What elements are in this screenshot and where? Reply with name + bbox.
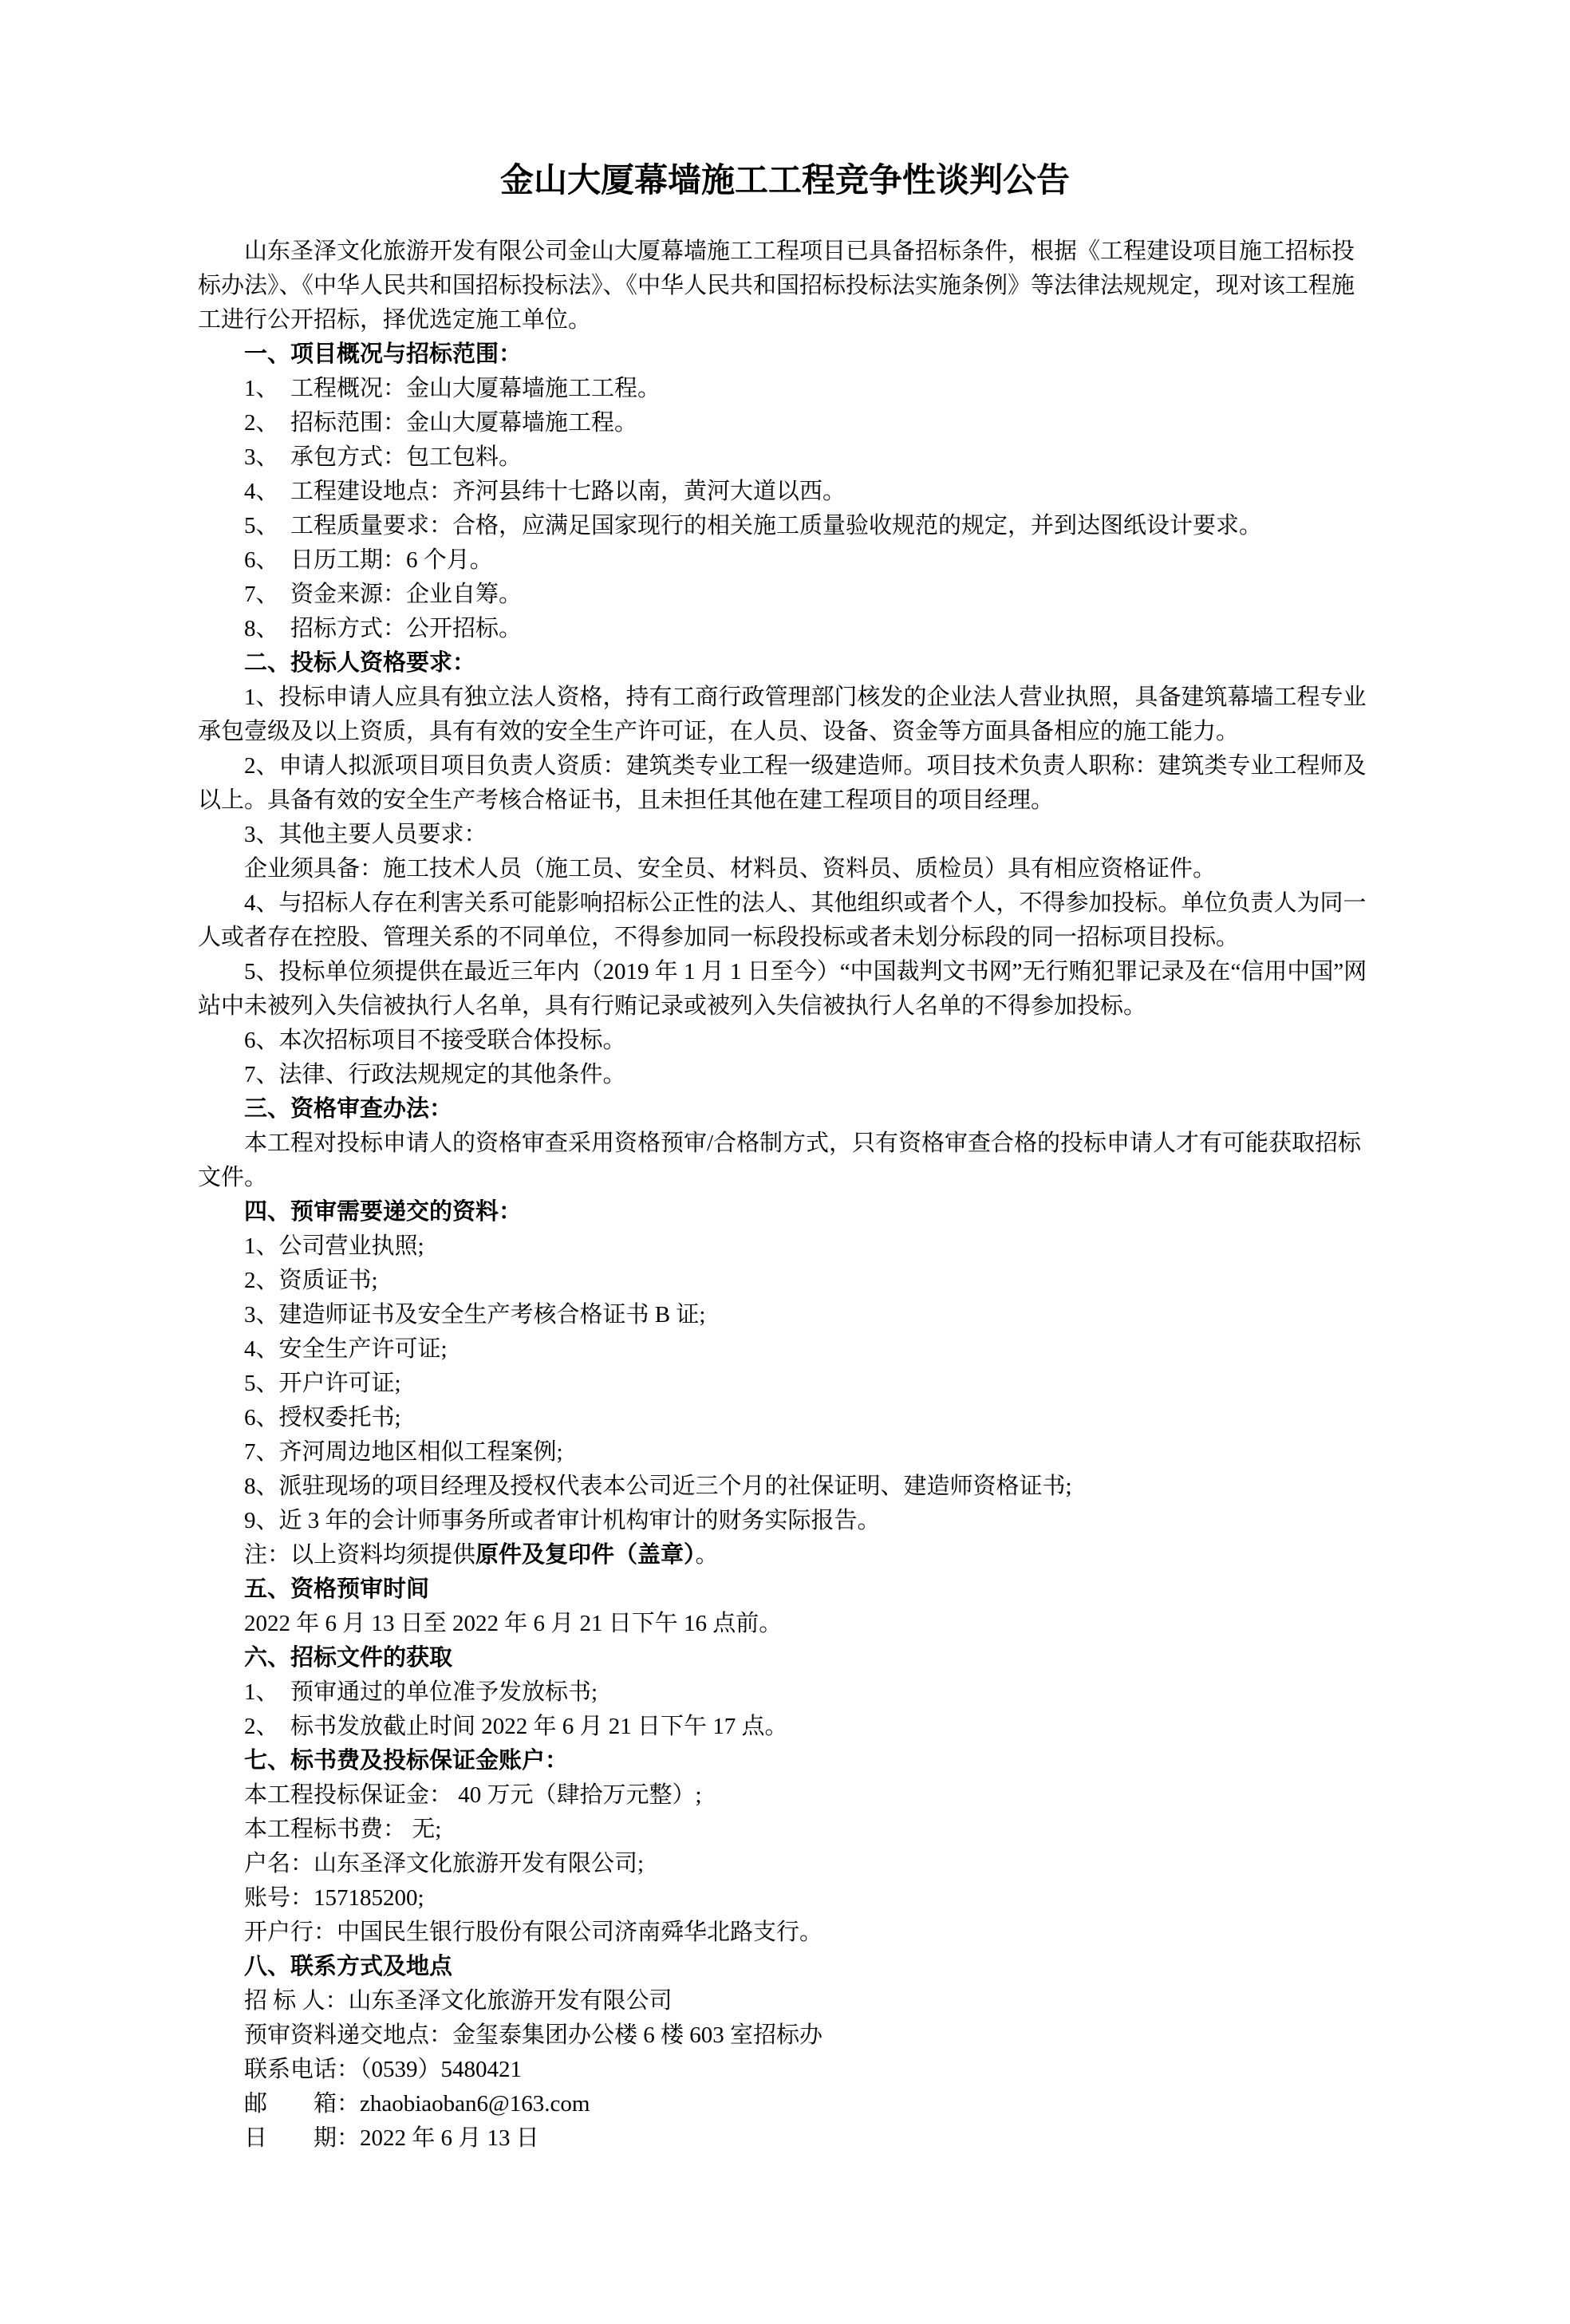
paragraph: 2、 招标范围：金山大厦幕墙施工程。 (198, 406, 1372, 440)
paragraph: 本工程对投标申请人的资格审查采用资格预审/合格制方式，只有资格审查合格的投标申请… (198, 1126, 1372, 1195)
paragraph: 2、资质证书; (198, 1264, 1372, 1298)
paragraph: 本工程标书费： 无; (198, 1813, 1372, 1847)
paragraph: 3、 承包方式：包工包料。 (198, 440, 1372, 475)
paragraph: 8、派驻现场的项目经理及授权代表本公司近三个月的社保证明、建造师资格证书; (198, 1470, 1372, 1504)
note-text: 注：以上资料均须提供 (244, 1542, 475, 1568)
intro-paragraph: 山东圣泽文化旅游开发有限公司金山大厦幕墙施工工程项目已具备招标条件，根据《工程建… (198, 235, 1372, 337)
section-heading: 四、预审需要递交的资料： (198, 1195, 1372, 1229)
paragraph: 3、其他主要人员要求： (198, 818, 1372, 852)
paragraph: 9、近 3 年的会计师事务所或者审计机构审计的财务实际报告。 (198, 1504, 1372, 1538)
paragraph: 2、 标书发放截止时间 2022 年 6 月 21 日下午 17 点。 (198, 1710, 1372, 1744)
paragraph: 4、与招标人存在利害关系可能影响招标公正性的法人、其他组织或者个人，不得参加投标… (198, 886, 1372, 955)
paragraph: 5、投标单位须提供在最近三年内（2019 年 1 月 1 日至今）“中国裁判文书… (198, 955, 1372, 1024)
paragraph: 企业须具备：施工技术人员（施工员、安全员、材料员、资料员、质检员）具有相应资格证… (198, 852, 1372, 886)
paragraph: 1、 工程概况：金山大厦幕墙施工工程。 (198, 372, 1372, 406)
paragraph: 开户行：中国民生银行股份有限公司济南舜华北路支行。 (198, 1916, 1372, 1950)
paragraph: 账号：157185200; (198, 1881, 1372, 1916)
section-heading: 六、招标文件的获取 (198, 1641, 1372, 1675)
paragraph: 6、本次招标项目不接受联合体投标。 (198, 1024, 1372, 1058)
note-bold-text: 原件及复印件（盖章） (475, 1542, 696, 1568)
paragraph: 7、齐河周边地区相似工程案例; (198, 1435, 1372, 1470)
section-heading: 三、资格审查办法： (198, 1092, 1372, 1126)
note-text: 。 (696, 1542, 719, 1568)
note-paragraph: 注：以上资料均须提供原件及复印件（盖章）。 (198, 1538, 1372, 1572)
paragraph: 预审资料递交地点：金玺泰集团办公楼 6 楼 603 室招标办 (198, 2018, 1372, 2053)
paragraph: 1、投标申请人应具有独立法人资格，持有工商行政管理部门核发的企业法人营业执照，具… (198, 681, 1372, 749)
paragraph: 7、 资金来源：企业自筹。 (198, 578, 1372, 612)
paragraph: 6、授权委托书; (198, 1401, 1372, 1435)
paragraph: 日 期：2022 年 6 月 13 日 (198, 2121, 1372, 2156)
paragraph: 2022 年 6 月 13 日至 2022 年 6 月 21 日下午 16 点前… (198, 1607, 1372, 1641)
paragraph: 4、 工程建设地点：齐河县纬十七路以南，黄河大道以西。 (198, 475, 1372, 509)
document-page: 金山大厦幕墙施工工程竞争性谈判公告 山东圣泽文化旅游开发有限公司金山大厦幕墙施工… (0, 0, 1570, 2324)
paragraph: 招 标 人：山东圣泽文化旅游开发有限公司 (198, 1984, 1372, 2018)
paragraph: 本工程投标保证金： 40 万元（肆拾万元整）; (198, 1778, 1372, 1813)
paragraph: 联系电话：（0539）5480421 (198, 2053, 1372, 2087)
paragraph: 5、开户许可证; (198, 1367, 1372, 1401)
paragraph: 8、 招标方式：公开招标。 (198, 612, 1372, 646)
section-heading: 二、投标人资格要求： (198, 646, 1372, 681)
paragraph: 6、 日历工期：6 个月。 (198, 543, 1372, 578)
paragraph: 2、申请人拟派项目项目负责人资质：建筑类专业工程一级建造师。项目技术负责人职称：… (198, 749, 1372, 818)
section-heading: 七、标书费及投标保证金账户： (198, 1744, 1372, 1778)
paragraph: 户名：山东圣泽文化旅游开发有限公司; (198, 1847, 1372, 1881)
paragraph: 5、 工程质量要求：合格，应满足国家现行的相关施工质量验收规范的规定，并到达图纸… (198, 509, 1372, 543)
paragraph: 3、建造师证书及安全生产考核合格证书 B 证; (198, 1298, 1372, 1332)
paragraph: 1、 预审通过的单位准予发放标书; (198, 1675, 1372, 1710)
paragraph: 7、法律、行政法规规定的其他条件。 (198, 1058, 1372, 1092)
sections-container: 一、项目概况与招标范围：1、 工程概况：金山大厦幕墙施工工程。2、 招标范围：金… (198, 337, 1372, 2156)
document-title: 金山大厦幕墙施工工程竞争性谈判公告 (198, 158, 1372, 204)
section-heading: 一、项目概况与招标范围： (198, 337, 1372, 372)
paragraph: 邮 箱：zhaobiaoban6@163.com (198, 2087, 1372, 2121)
section-heading: 五、资格预审时间 (198, 1572, 1372, 1607)
section-heading: 八、联系方式及地点 (198, 1950, 1372, 1984)
paragraph: 4、安全生产许可证; (198, 1332, 1372, 1367)
paragraph: 1、公司营业执照; (198, 1229, 1372, 1264)
